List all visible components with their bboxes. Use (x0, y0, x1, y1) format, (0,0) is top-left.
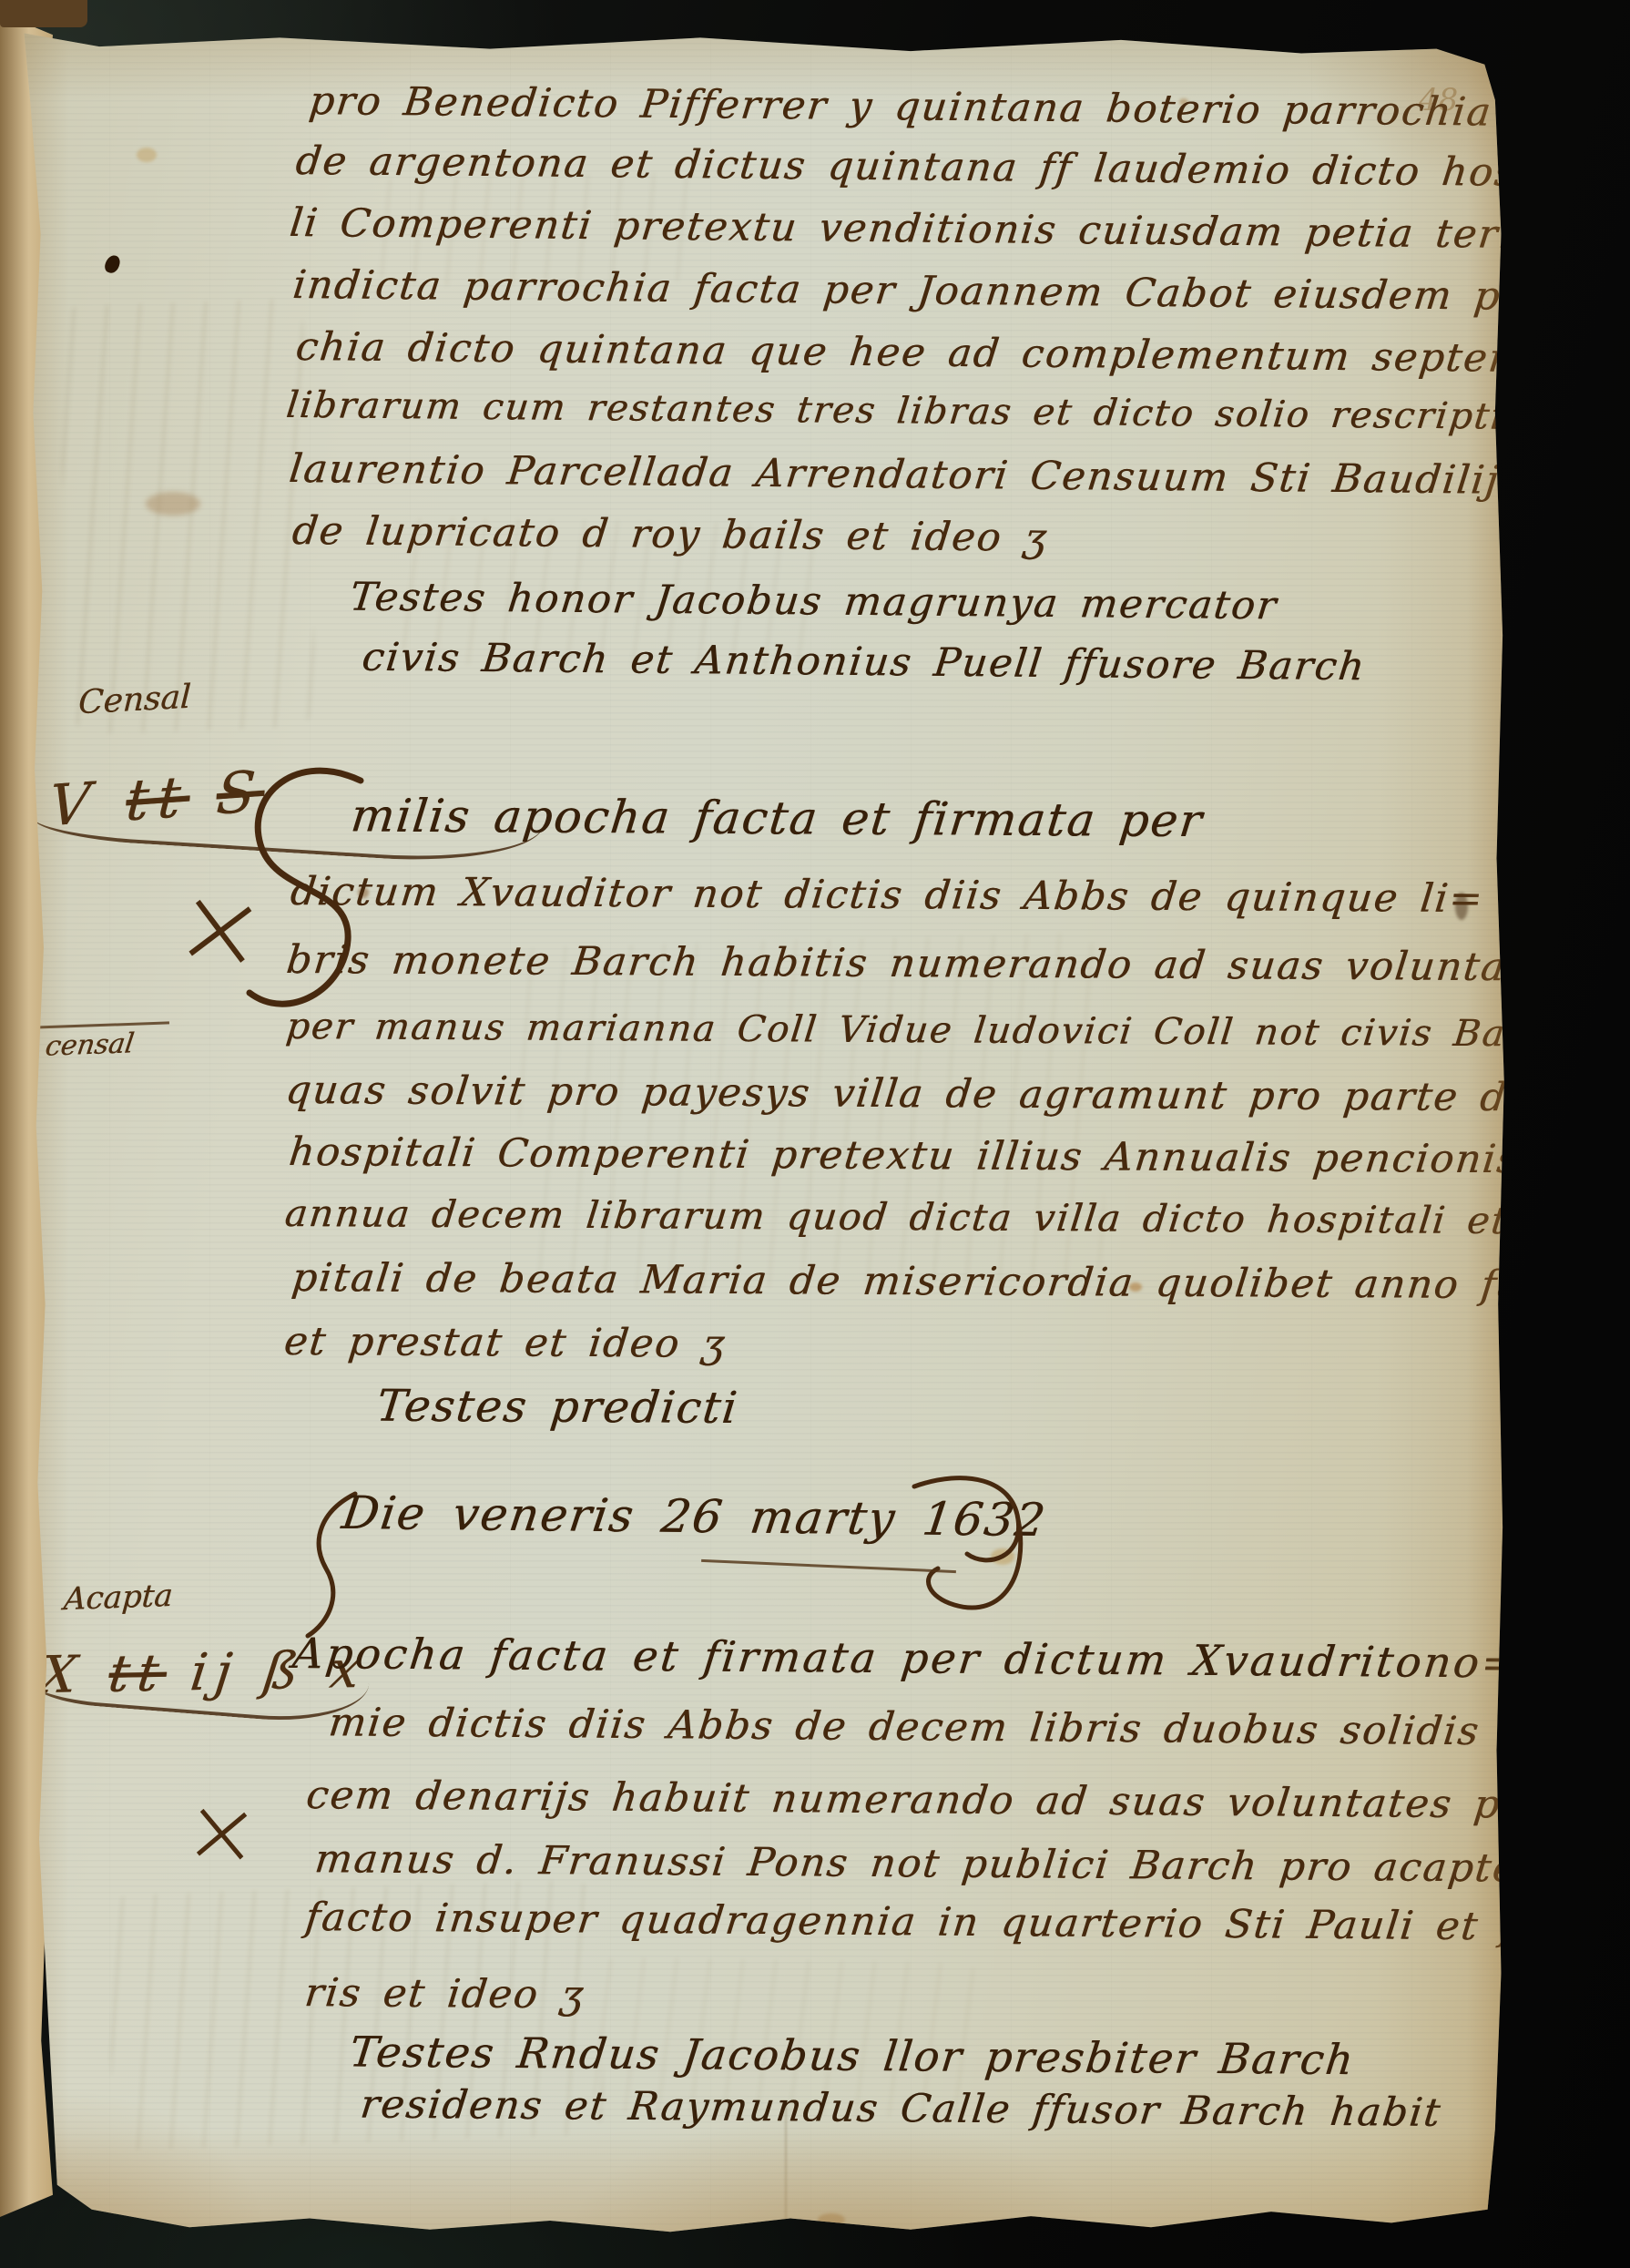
stain (137, 148, 157, 162)
manuscript-line: librarum cum restantes tres libras et di… (284, 384, 1630, 439)
manuscript-line: milis apocha facta et firmata per (349, 789, 1207, 847)
manuscript-line: cem denarijs habuit numerando ad suas vo… (304, 1773, 1549, 1828)
manuscript-photo: 48 Censal V tt S × censal Acapta X tt ij… (0, 0, 1630, 2268)
witnesses-line: Testes predicti (374, 1381, 741, 1434)
manuscript-line: chia dicto quintana que hee ad complemen… (293, 324, 1530, 382)
margin-dash (33, 1021, 169, 1028)
witnesses-line: Testes honor Jacobus magrunya mercator (348, 575, 1280, 629)
margin-cross: × (179, 1775, 265, 1888)
margin-label-censal: Censal (77, 679, 191, 722)
manuscript-line: annua decem librarum quod dicta villa di… (282, 1191, 1602, 1243)
stain (596, 2230, 611, 2239)
stain (818, 2213, 845, 2226)
margin-label-censal-small: censal (44, 1027, 137, 1063)
manuscript-line: quas solvit pro payesys villa de agramun… (283, 1068, 1591, 1121)
manuscript-page: 48 Censal V tt S × censal Acapta X tt ij… (9, 11, 1512, 2241)
manuscript-line: pitali de beata Maria de misericordia qu… (290, 1255, 1581, 1309)
manuscript-line: dictum Xvauditor not dictis diis Abbs de… (289, 869, 1487, 922)
margin-label-acapta: Acapta (63, 1578, 174, 1618)
manuscript-line: indicta parrochia facta per Joannem Cabo… (290, 262, 1595, 321)
manuscript-line: de lupricato d roy bails et ideo ʒ (290, 508, 1050, 561)
witnesses-line: Testes Rndus Jacobus llor presbiter Barc… (347, 2028, 1357, 2085)
manuscript-line: mie dictis diis Abbs de decem libris duo… (326, 1700, 1620, 1755)
manuscript-line: bris monete Barch habitis numerando ad s… (284, 937, 1573, 991)
witnesses-line: residens et Raymundus Calle ffusor Barch… (358, 2082, 1444, 2136)
bleed-through-text (56, 298, 317, 734)
manuscript-line: ris et ideo ʒ (302, 1970, 587, 2018)
manuscript-line: per manus marianna Coll Vidue ludovici C… (284, 1006, 1575, 1056)
manuscript-line: pro Benedicto Pifferrer y quintana boter… (307, 78, 1494, 135)
manuscript-line: Apocha facta et firmata per dictum Xvaud… (290, 1629, 1523, 1688)
date-flourish-right (902, 1466, 1056, 1649)
stain (146, 492, 200, 516)
binding-leather (0, 0, 87, 27)
witnesses-line: civis Barch et Anthonius Puell ffusore B… (360, 635, 1368, 690)
ink-blot (103, 253, 122, 275)
manuscript-line: laurentio Parcellada Arrendatori Censuum… (287, 446, 1503, 504)
manuscript-line: hospitali Comperenti pretextu illius Ann… (287, 1129, 1522, 1182)
manuscript-line: et prestat et ideo ʒ (282, 1319, 728, 1367)
